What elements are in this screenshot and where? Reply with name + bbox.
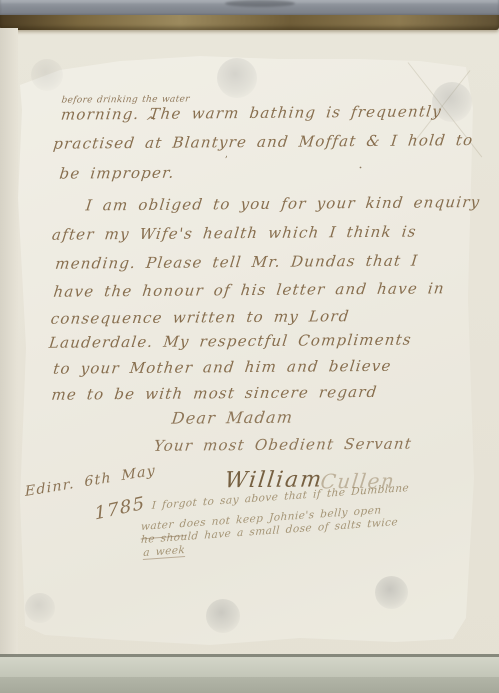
body-line: practised at Blantyre and Moffat & I hol… bbox=[52, 131, 474, 153]
postscript-line: a week bbox=[143, 544, 186, 560]
background-bottom-band-light bbox=[0, 657, 499, 677]
body-line: after my Wife's health which I think is bbox=[51, 223, 418, 244]
body-line: I am obliged to you for your kind enquir… bbox=[85, 193, 481, 214]
body-line: me to be with most sincere regard bbox=[50, 383, 378, 404]
body-line: mending. Please tell Mr. Dundas that I bbox=[54, 252, 419, 273]
body-line: morning. The warm bathing is frequently bbox=[60, 102, 443, 123]
background-bottom-band-dark bbox=[0, 677, 499, 693]
body-line: consequence written to my Lord bbox=[50, 307, 351, 328]
body-line: have the honour of his letter and have i… bbox=[53, 279, 446, 300]
closing-salutation: Dear Madam bbox=[171, 408, 295, 428]
handwritten-text-layer: before drinking the water ^ morning. The… bbox=[0, 0, 499, 693]
body-line: to your Mother and him and believe bbox=[52, 357, 392, 378]
body-line: be improper. bbox=[59, 164, 176, 183]
dateline-year: 1785 bbox=[94, 493, 147, 524]
closing-valediction: Your most Obedient Servant bbox=[153, 435, 413, 455]
stray-ink-mark: ʼ bbox=[224, 155, 227, 166]
stray-ink-mark: · bbox=[358, 161, 362, 176]
letter-photograph: before drinking the water ^ morning. The… bbox=[0, 0, 499, 693]
body-line: Lauderdale. My respectful Compliments bbox=[48, 331, 413, 352]
